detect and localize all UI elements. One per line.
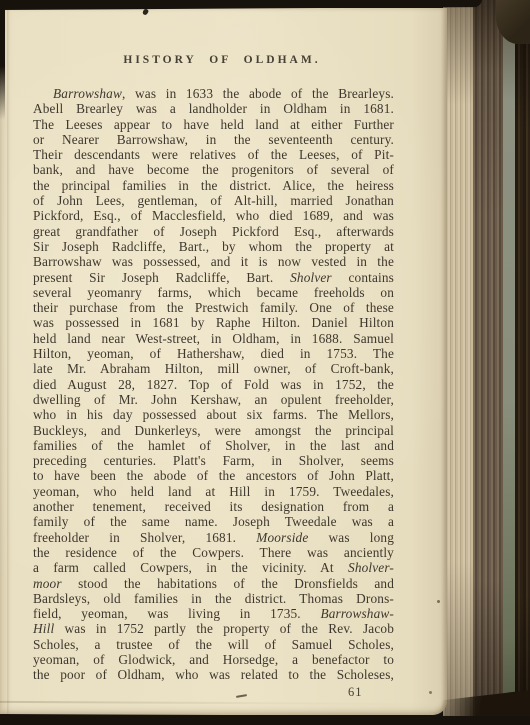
body-text: Pickford, Esq., of Macclesfield, who die… — [33, 208, 394, 223]
text-line: Scholes, a trustee of the will of Samuel… — [33, 637, 394, 652]
text-line: great grandfather of Joseph Pickford Esq… — [33, 224, 394, 239]
text-line: the principal families in the district. … — [33, 178, 394, 193]
body-text: a farm called Cowpers, in the vicinity. … — [33, 560, 348, 575]
body-text: was possessed in 1681 by Raphe Hilton. D… — [33, 315, 394, 330]
body-text: yeoman, who held land at Hill in 1759. T… — [33, 484, 394, 499]
italic-text: Sholver — [290, 270, 332, 285]
body-text: The Leeses appear to have held land at e… — [33, 117, 394, 132]
text-line: the poor of Oldham, who was related to t… — [33, 667, 394, 682]
body-text: was long — [308, 530, 394, 545]
text-line: late Mr. Abraham Hilton, mill owner, of … — [33, 361, 394, 376]
photo-left-border — [0, 0, 5, 120]
text-line: was possessed in 1681 by Raphe Hilton. D… — [33, 315, 394, 330]
text-line: Hill was in 1752 partly the property of … — [33, 621, 394, 636]
body-text: Buckleys, and Dunkerleys, were amongst t… — [33, 423, 394, 438]
running-header: HISTORY OF OLDHAM. — [36, 54, 408, 66]
body-text: to have been the abode of the ancestors … — [33, 468, 394, 483]
body-text: Their descendants were relatives of the … — [33, 147, 394, 162]
ink-speck — [437, 600, 440, 603]
body-text: Hilton, yeoman, of Hathershaw, died in 1… — [33, 346, 394, 361]
text-line: who in his day possessed about six farms… — [33, 407, 394, 422]
body-text: another tenement, received its designati… — [33, 499, 394, 514]
text-line: Barrowshaw was possessed, and it is now … — [33, 254, 394, 269]
text-line: Abell Brearley was a landholder in Oldha… — [33, 101, 394, 116]
text-line: yeoman, who held land at Hill in 1759. T… — [33, 484, 394, 499]
body-text: several yeomanry farms, which became fre… — [33, 285, 394, 300]
body-text: stood the habitations of the Dronsfields… — [62, 576, 394, 591]
text-line: bank, and have become the progenitors of… — [33, 162, 394, 177]
page-edges-dark — [473, 0, 505, 725]
binding-edge — [515, 0, 530, 725]
body-text: contains — [332, 270, 394, 285]
text-line: field, yeoman, was living in 1735. Barro… — [33, 606, 394, 621]
body-text: field, yeoman, was living in 1735. — [33, 606, 320, 621]
paragraph: Barrowshaw, was in 1633 the abode of the… — [33, 86, 394, 683]
text-line: Barrowshaw, was in 1633 the abode of the… — [33, 86, 394, 101]
body-text: Abell Brearley was a landholder in Oldha… — [33, 101, 394, 116]
body-text: of John Lees, gentleman, of Alt-hill, ma… — [33, 193, 394, 208]
italic-text: Barrowshaw — [53, 86, 122, 101]
italic-text: Moorside — [256, 530, 308, 545]
book-photo: HISTORY OF OLDHAM. Barrowshaw, was in 16… — [0, 0, 530, 725]
text-line: moor stood the habitations of the Dronsf… — [33, 576, 394, 591]
body-text: Bardsleys, old families in the district.… — [33, 591, 394, 606]
body-text: Scholes, a trustee of the will of Samuel… — [33, 637, 394, 652]
text-line: Sir Joseph Radcliffe, Bart., by whom the… — [33, 239, 394, 254]
text-line: their purchase from the Prestwich family… — [33, 300, 394, 315]
body-text: present Sir Joseph Radcliffe, Bart. — [33, 270, 290, 285]
text-line: Buckleys, and Dunkerleys, were amongst t… — [33, 423, 394, 438]
photo-bottom-border — [0, 714, 530, 725]
page-crease — [0, 701, 440, 705]
ink-speck — [236, 694, 247, 698]
body-text: held land near West-street, in Oldham, i… — [33, 331, 394, 346]
text-line: or Nearer Barrowshaw, in the seventeenth… — [33, 132, 394, 147]
text-line: another tenement, received its designati… — [33, 499, 394, 514]
body-text: or Nearer Barrowshaw, in the seventeenth… — [33, 132, 394, 147]
body-text: their purchase from the Prestwich family… — [33, 300, 394, 315]
italic-text: Sholver- — [348, 560, 394, 575]
body-text: preceding centuries. Platt's Farm, in Sh… — [33, 453, 394, 468]
text-line: preceding centuries. Platt's Farm, in Sh… — [33, 453, 394, 468]
book-page: HISTORY OF OLDHAM. Barrowshaw, was in 16… — [0, 8, 447, 715]
text-line: died August 28, 1827. Top of Fold was in… — [33, 377, 394, 392]
text-line: freeholder in Sholver, 1681. Moorside wa… — [33, 530, 394, 545]
text-line: Their descendants were relatives of the … — [33, 147, 394, 162]
body-text: Barrowshaw was possessed, and it is now … — [33, 254, 394, 269]
body-text: the residence of the Cowpers. There was … — [33, 545, 394, 560]
text-line: Pickford, Esq., of Macclesfield, who die… — [33, 208, 394, 223]
page-number: 61 — [348, 685, 363, 700]
text-line: the residence of the Cowpers. There was … — [33, 545, 394, 560]
body-text: Sir Joseph Radcliffe, Bart., by whom the… — [33, 239, 394, 254]
body-text: who in his day possessed about six farms… — [33, 407, 394, 422]
page-crease — [7, 8, 10, 715]
body-text: late Mr. Abraham Hilton, mill owner, of … — [33, 361, 394, 376]
text-line: held land near West-street, in Oldham, i… — [33, 331, 394, 346]
text-line: dwelling of Mr. John Kershaw, an opulent… — [33, 392, 394, 407]
text-line: The Leeses appear to have held land at e… — [33, 117, 394, 132]
body-text: the principal families in the district. … — [33, 178, 394, 193]
text-line: Bardsleys, old families in the district.… — [33, 591, 394, 606]
body-text: , was in 1633 the abode of the Brearleys… — [122, 86, 394, 101]
ink-speck — [429, 691, 432, 694]
italic-text: Hill — [33, 621, 54, 636]
italic-text: Barrowshaw- — [320, 606, 394, 621]
body-text: died August 28, 1827. Top of Fold was in… — [33, 377, 394, 392]
text-line: yeoman, of Glodwick, and Horsedge, a ben… — [33, 652, 394, 667]
body-text: freeholder in Sholver, 1681. — [33, 530, 256, 545]
body-text: family of the same name. Joseph Tweedale… — [33, 514, 394, 529]
text-line: present Sir Joseph Radcliffe, Bart. Shol… — [33, 270, 394, 285]
text-line: families of the hamlet of Sholver, in th… — [33, 438, 394, 453]
text-line: a farm called Cowpers, in the vicinity. … — [33, 560, 394, 575]
body-text: yeoman, of Glodwick, and Horsedge, a ben… — [33, 652, 394, 667]
body-text: bank, and have become the progenitors of… — [33, 162, 394, 177]
page-edges-light — [443, 5, 475, 719]
body-text: dwelling of Mr. John Kershaw, an opulent… — [33, 392, 394, 407]
body-text: great grandfather of Joseph Pickford Esq… — [33, 224, 394, 239]
body-text: was in 1752 partly the property of the R… — [54, 621, 394, 636]
text-line: Hilton, yeoman, of Hathershaw, died in 1… — [33, 346, 394, 361]
text-line: several yeomanry farms, which became fre… — [33, 285, 394, 300]
body-text: the poor of Oldham, who was related to t… — [33, 667, 394, 682]
text-line: family of the same name. Joseph Tweedale… — [33, 514, 394, 529]
text-line: to have been the abode of the ancestors … — [33, 468, 394, 483]
body-text: families of the hamlet of Sholver, in th… — [33, 438, 394, 453]
italic-text: moor — [33, 576, 62, 591]
text-line: of John Lees, gentleman, of Alt-hill, ma… — [33, 193, 394, 208]
